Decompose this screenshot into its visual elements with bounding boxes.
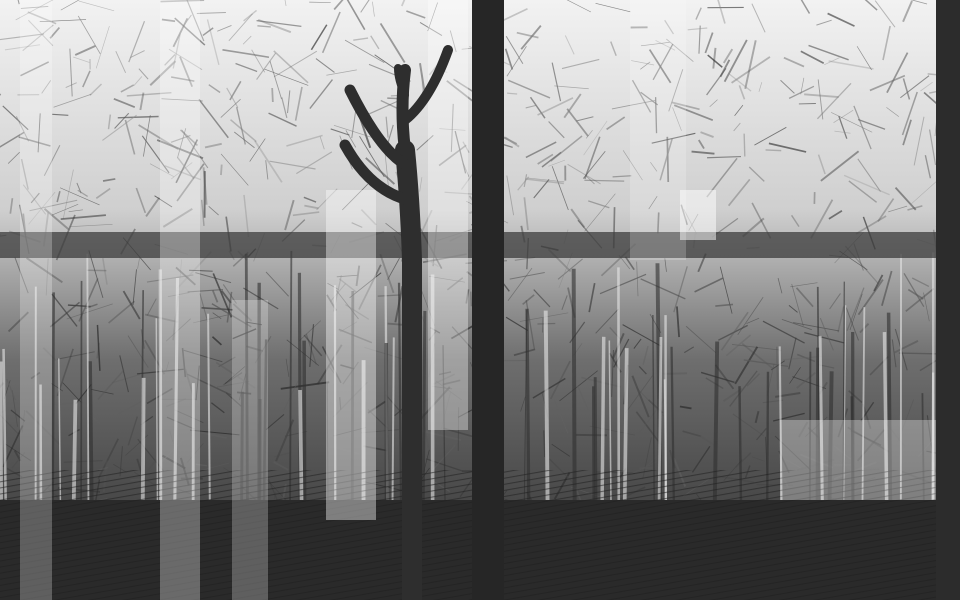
dark-tree-trunk <box>472 0 504 600</box>
pencil-drawing-garden-artwork <box>0 0 960 600</box>
right-edge-trunk <box>936 0 960 600</box>
